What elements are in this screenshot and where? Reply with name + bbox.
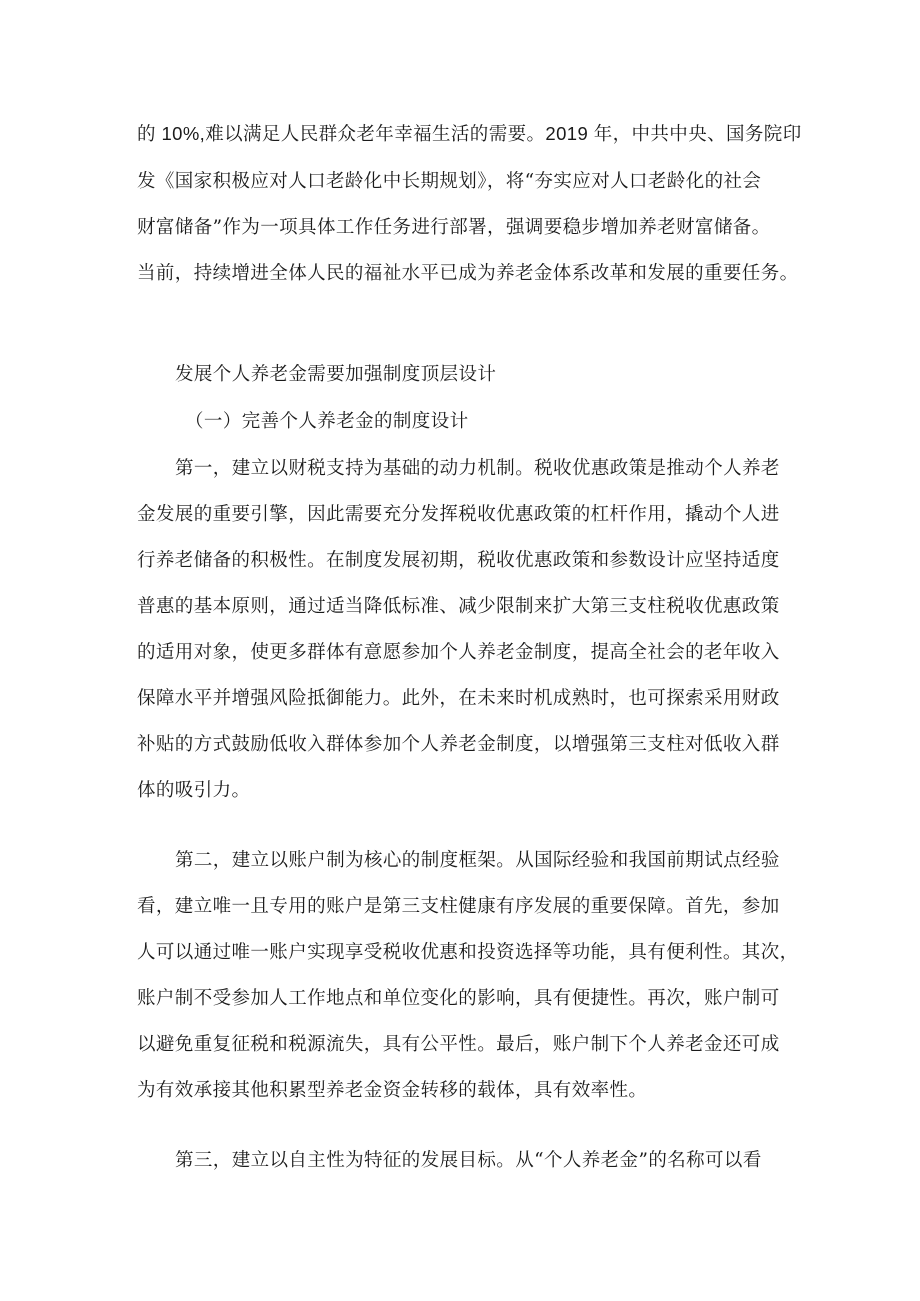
paragraph2-line: 第二，建立以账户制为核心的制度框架。从国际经验和我国前期试点经验 [175,849,835,873]
paragraph1-line: 保障水平并增强风险抵御能力。此外，在未来时机成熟时，也可探索采用财政 [137,687,797,711]
paragraph3-line: 第三，建立以自主性为特征的发展目标。从“个人养老金”的名称可以看 [175,1149,835,1173]
document-page: 的 10%,难以满足人民群众老年幸福生活的需要。2019 年，中共中央、国务院印… [0,0,920,1301]
paragraph2-line: 为有效承接其他积累型养老金资金转移的载体，具有效率性。 [137,1079,797,1103]
paragraph1-line: 补贴的方式鼓励低收入群体参加个人养老金制度，以增强第三支柱对低收入群 [137,733,797,757]
paragraph1-line: 金发展的重要引擎，因此需要充分发挥税收优惠政策的杠杆作用，撬动个人进 [137,503,797,527]
paragraph1-line: 的适用对象，使更多群体有意愿参加个人养老金制度，提高全社会的老年收入 [137,641,797,665]
intro-line: 的 10%,难以满足人民群众老年幸福生活的需要。2019 年，中共中央、国务院印 [137,122,797,146]
paragraph1-line: 普惠的基本原则，通过适当降低标准、减少限制来扩大第三支柱税收优惠政策 [137,595,797,619]
paragraph2-line: 账户制不受参加人工作地点和单位变化的影响，具有便捷性。再次，账户制可 [137,987,797,1011]
paragraph2-line: 人可以通过唯一账户实现享受税收优惠和投资选择等功能，具有便利性。其次， [137,941,797,965]
intro-line: 财富储备”作为一项具体工作任务进行部署，强调要稳步增加养老财富储备。 [137,216,797,240]
paragraph2-line: 以避免重复征税和税源流失，具有公平性。最后，账户制下个人养老金还可成 [137,1033,797,1057]
subsection-heading: （一）完善个人养老金的制度设计 [185,410,845,434]
intro-line: 当前，持续增进全体人民的福祉水平已成为养老金体系改革和发展的重要任务。 [137,262,797,286]
paragraph2-line: 看，建立唯一且专用的账户是第三支柱健康有序发展的重要保障。首先，参加 [137,895,797,919]
paragraph1-line: 第一，建立以财税支持为基础的动力机制。税收优惠政策是推动个人养老 [175,457,835,481]
paragraph1-line: 体的吸引力。 [137,779,797,803]
paragraph1-line: 行养老储备的积极性。在制度发展初期，税收优惠政策和参数设计应坚持适度 [137,549,797,573]
section-heading: 发展个人养老金需要加强制度顶层设计 [175,363,835,387]
intro-line: 发《国家积极应对人口老龄化中长期规划》，将“夯实应对人口老龄化的社会 [137,170,797,194]
